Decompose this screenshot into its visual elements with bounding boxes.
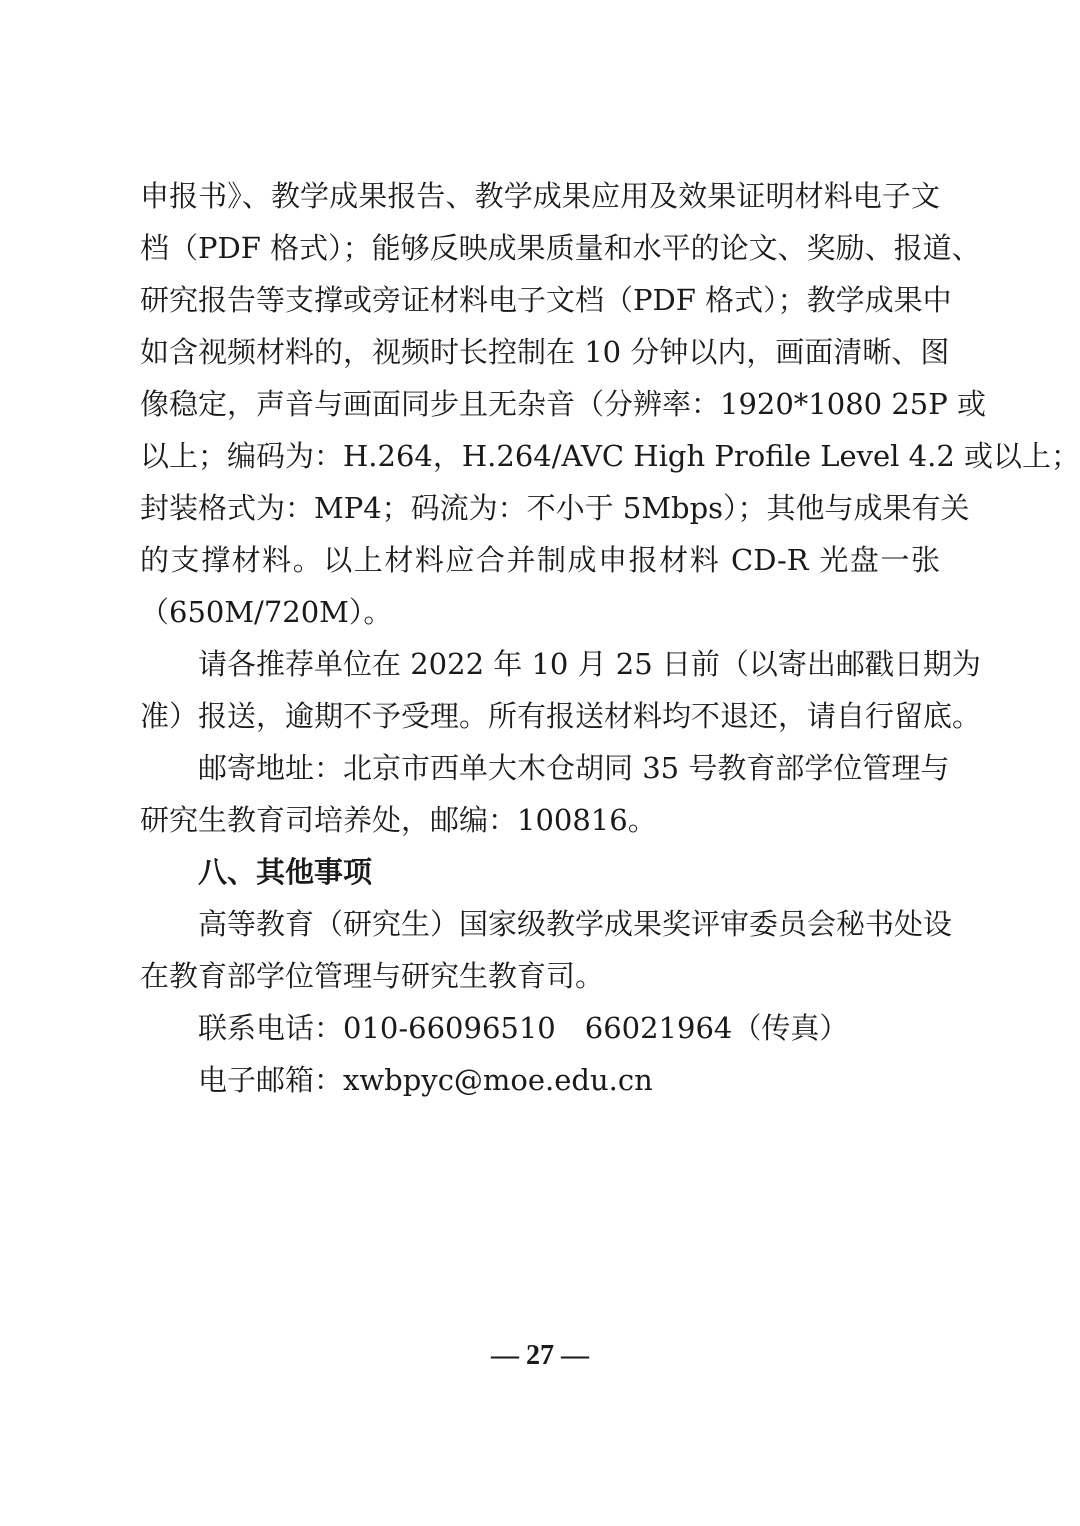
paragraph-1-line-5: 像稳定，声音与画面同步且无杂音（分辨率：1920*1080 25P 或 [140, 378, 940, 430]
paragraph-1-line-4: 如含视频材料的，视频时长控制在 10 分钟以内，画面清晰、图 [140, 326, 940, 378]
document-page: 申报书》、教学成果报告、教学成果应用及效果证明材料电子文 档（PDF 格式）；能… [0, 0, 1080, 1526]
contact-email: 电子邮箱：xwbpyc@moe.edu.cn [198, 1054, 940, 1106]
paragraph-1-line-3: 研究报告等支撑或旁证材料电子文档（PDF 格式）；教学成果中 [140, 274, 940, 326]
paragraph-1-line-1: 申报书》、教学成果报告、教学成果应用及效果证明材料电子文 [140, 170, 940, 222]
paragraph-4-line-2: 在教育部学位管理与研究生教育司。 [140, 950, 940, 1002]
contact-phone: 联系电话：010-66096510 66021964（传真） [198, 1002, 940, 1054]
page-number: — 27 — [0, 1340, 1080, 1372]
paragraph-3-line-1: 邮寄地址：北京市西单大木仓胡同 35 号教育部学位管理与 [198, 742, 940, 794]
paragraph-1-line-2: 档（PDF 格式）；能够反映成果质量和水平的论文、奖励、报道、 [140, 222, 940, 274]
paragraph-4-line-1: 高等教育（研究生）国家级教学成果奖评审委员会秘书处设 [198, 898, 940, 950]
paragraph-3-line-2: 研究生教育司培养处，邮编：100816。 [140, 794, 940, 846]
paragraph-1-line-8: 的支撑材料。以上材料应合并制成申报材料 CD-R 光盘一张 [140, 534, 940, 586]
paragraph-2-line-2: 准）报送，逾期不予受理。所有报送材料均不退还，请自行留底。 [140, 690, 940, 742]
paragraph-1-line-9: （650M/720M）。 [140, 586, 940, 638]
paragraph-1-line-6: 以上；编码为：H.264，H.264/AVC High Profile Leve… [140, 430, 940, 482]
paragraph-2-line-1: 请各推荐单位在 2022 年 10 月 25 日前（以寄出邮戳日期为 [198, 638, 940, 690]
paragraph-1-line-7: 封装格式为：MP4；码流为：不小于 5Mbps）；其他与成果有关 [140, 482, 940, 534]
section-heading: 八、其他事项 [198, 846, 940, 898]
